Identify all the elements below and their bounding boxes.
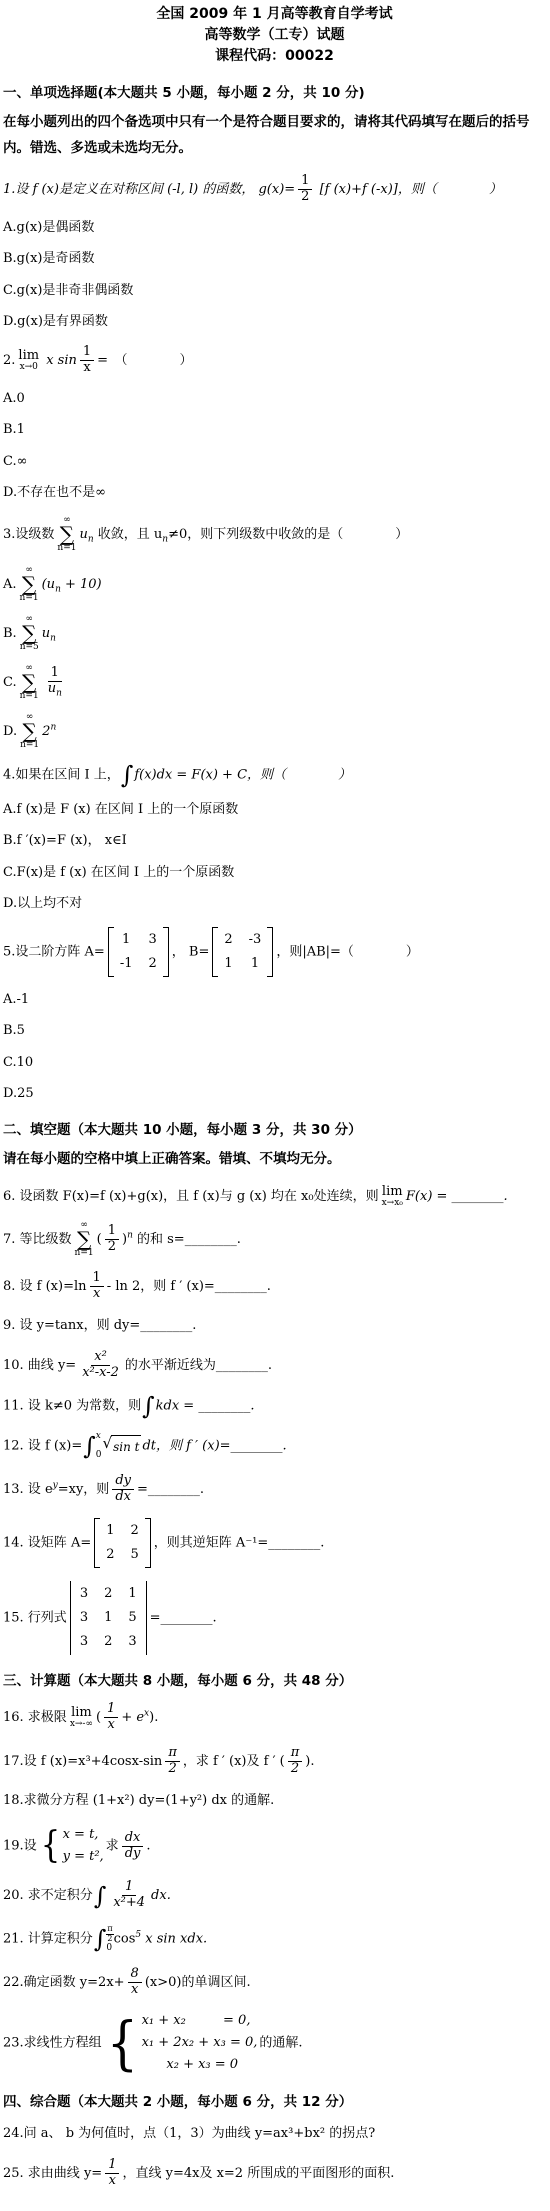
q4-text-pre: 4.如果在区间 I 上， xyxy=(3,767,120,782)
matrix-B: 2-311 xyxy=(212,927,273,977)
q3-option-d: D.∞∑n=12n xyxy=(3,713,546,750)
q3c-den-u: u xyxy=(48,681,56,696)
q3-text-mid: 收敛，且 u xyxy=(94,527,163,542)
fraction: 1x xyxy=(105,2158,119,2189)
option-label: B. xyxy=(3,626,17,641)
q10-text-post: 的水平渐近线为________. xyxy=(125,1358,272,1373)
fraction-denominator: x xyxy=(105,1718,118,1733)
sigma-icon: ∑ xyxy=(22,722,36,741)
q7-text-1: ( xyxy=(97,1232,102,1247)
q6-text-2: F(x) = ________. xyxy=(406,1189,508,1204)
sum-lower-limit: n=1 xyxy=(75,1249,94,1258)
section-1-heading: 一、单项选择题(本大题共 5 小题，每小题 2 分，共 10 分) xyxy=(3,81,546,101)
q23-text-post: 的通解. xyxy=(259,2036,302,2051)
section-1-instructions: 在每小题列出的四个备选项中只有一个是符合题目要求的，请将其代码填写在题后的括号内… xyxy=(3,109,546,161)
exam-paper: 全国 2009 年 1 月高等教育自学考试 高等数学（工专）试题 课程代码：00… xyxy=(0,0,550,2211)
matrix-cell: 1 xyxy=(249,953,262,975)
integral-icon: ∫ xyxy=(142,1394,155,1418)
q5-option-c: C.10 xyxy=(3,1053,546,1073)
fraction-denominator: x²-x-2 xyxy=(79,1366,122,1381)
limit-operator: limx→0 xyxy=(18,349,39,372)
sum-lower-limit: n=1 xyxy=(20,692,39,701)
fraction-numerator: 1 xyxy=(122,1880,136,1896)
q23-text-pre: 23.求线性方程组 xyxy=(3,2036,102,2051)
matrix-cell: 1 xyxy=(224,953,232,975)
q4-option-b: B.f ′(x)=F (x)， x∈I xyxy=(3,831,546,851)
summation: ∞∑n=1 xyxy=(57,516,76,553)
fraction-numerator: 1 xyxy=(90,1271,104,1287)
option-label: A. xyxy=(3,577,17,592)
q5-option-d: D.25 xyxy=(3,1084,546,1104)
fraction-numerator: 1 xyxy=(48,666,62,682)
question-18: 18.求微分方程 (1+x²) dy=(1+y²) dx 的通解. xyxy=(3,1790,546,1812)
integral-limits: π20 xyxy=(106,1924,113,1954)
q21-text-1: cos xyxy=(114,1932,136,1947)
sigma-icon: ∑ xyxy=(60,525,74,544)
fraction-denominator: x xyxy=(106,2174,119,2189)
limit-symbol: lim xyxy=(71,1706,92,1719)
limit-subscript: x→-∞ xyxy=(70,1720,93,1729)
q1-option-a: A.g(x)是偶函数 xyxy=(3,218,546,238)
q14-text-pre: 14. 设矩阵 A= xyxy=(3,1535,91,1550)
q16-text-3: ). xyxy=(149,1710,158,1725)
q8-text-pre: 8. 设 f (x)=ln xyxy=(3,1279,87,1294)
fraction-numerator: 1 xyxy=(105,2158,119,2174)
fraction: dydx xyxy=(112,1474,134,1505)
summation: ∞∑n=1 xyxy=(20,566,39,603)
matrix-cells: 13-12 xyxy=(114,927,163,977)
question-16: 16. 求极限limx→-∞(1x+ ex). xyxy=(3,1702,546,1733)
question-11: 11. 设 k≠0 为常数，则∫kdx = ________. xyxy=(3,1394,546,1418)
det-cell: 2 xyxy=(104,1631,112,1653)
q5-text-pre: 5.设二阶方阵 A= xyxy=(3,944,105,959)
q5-option-a: A.-1 xyxy=(3,990,546,1010)
q3-text-post: ≠0，则下列级数中收敛的是（ ） xyxy=(168,527,408,542)
radicand: sin t xyxy=(111,1435,141,1457)
integral-icon: ∫ xyxy=(83,1434,96,1458)
question-24: 24.问 a、 b 为何值时，点（1，3）为曲线 y=ax³+bx² 的拐点? xyxy=(3,2123,546,2145)
system-row: y = t², xyxy=(63,1847,104,1867)
matrix-right-bracket xyxy=(267,927,273,977)
q2-text-2: = （ ） xyxy=(97,353,192,368)
matrix-cell: 1 xyxy=(106,1520,114,1542)
q19-text-pre: 19.设 xyxy=(3,1839,37,1854)
limit-subscript: x→x₀ xyxy=(382,1199,403,1208)
question-22: 22.确定函数 y=2x+8x(x>0)的单调区间. xyxy=(3,1967,546,1998)
integral-icon: ∫ xyxy=(121,763,134,787)
q7-text-pre: 7. 等比级数 xyxy=(3,1232,72,1247)
q11-text-post: kdx = ________. xyxy=(156,1398,255,1413)
matrix-cell: 2 xyxy=(224,929,232,951)
q2-option-c: C.∞ xyxy=(3,452,546,472)
q17-text-post: ). xyxy=(305,1754,314,1769)
q15-text-post: =________. xyxy=(150,1611,217,1626)
system-row: x₂ + x₃ = 0 xyxy=(142,2055,258,2075)
fraction-numerator: 1 xyxy=(298,174,312,190)
matrix-A: 1225 xyxy=(94,1518,151,1568)
summation: ∞∑n=5 xyxy=(20,615,39,652)
question-6: 6. 设函数 F(x)=f (x)+g(x)，且 f (x)与 g (x) 均在… xyxy=(3,1185,546,1208)
matrix-cell: 2 xyxy=(149,953,157,975)
q13-text-mid: =xy，则 xyxy=(58,1482,110,1497)
q12-text-pre: 12. 设 f (x)= xyxy=(3,1438,82,1453)
section-2-heading: 二、填空题（本大题共 10 小题，每小题 3 分，共 30 分） xyxy=(3,1118,546,1138)
option-label: C. xyxy=(3,675,17,690)
matrix-cell: -1 xyxy=(120,953,133,975)
question-10: 10. 曲线 y=x²x²-x-2的水平渐近线为________. xyxy=(3,1350,546,1381)
fraction-numerator: 1 xyxy=(80,345,94,361)
q13-text-post: =________. xyxy=(137,1482,204,1497)
q2-option-a: A.0 xyxy=(3,389,546,409)
q17-text-pre: 17.设 f (x)=x³+4cosx-sin xyxy=(3,1754,162,1769)
question-13: 13. 设 ey=xy，则dydx=________. xyxy=(3,1474,546,1505)
fraction-denominator: dx xyxy=(112,1490,134,1505)
fraction: π2 xyxy=(165,1746,180,1777)
section-2-instructions: 请在每小题的空格中填上正确答案。错填、不填均无分。 xyxy=(3,1146,546,1172)
det-cell: 5 xyxy=(128,1607,136,1629)
fraction: 8x xyxy=(128,1967,142,1998)
q7-text-3: 的和 s=________. xyxy=(133,1232,241,1247)
integral-limits: x0 xyxy=(96,1431,102,1461)
question-5: 5.设二阶方阵 A=13-12， B=2-311，则|AB|=（ ） xyxy=(3,927,546,977)
fraction: x²x²-x-2 xyxy=(79,1350,122,1381)
question-17: 17.设 f (x)=x³+4cosx-sinπ2，求 f ′ (x)及 f ′… xyxy=(3,1746,546,1777)
square-root: √sin t xyxy=(103,1435,142,1457)
summation: ∞∑n=1 xyxy=(20,664,39,701)
limit-operator: limx→-∞ xyxy=(70,1706,93,1729)
matrix-cells: 1225 xyxy=(100,1518,145,1568)
question-4: 4.如果在区间 I 上，∫f(x)dx = F(x) + C，则（ ） xyxy=(3,763,546,787)
system-row: x₁ + x₂ = 0, xyxy=(142,2011,258,2031)
det-cell: 3 xyxy=(80,1583,88,1605)
q1-text-post: [f (x)+f (-x)]，则（ ） xyxy=(315,182,501,197)
q3a-expr: (u xyxy=(42,577,55,592)
q17-text-mid: ，求 f ′ (x)及 f ′ ( xyxy=(183,1754,285,1769)
limit-operator: limx→x₀ xyxy=(382,1185,403,1208)
q20-text-post: dx. xyxy=(151,1888,171,1903)
q22-text-pre: 22.确定函数 y=2x+ xyxy=(3,1975,125,1990)
fraction-denominator: un xyxy=(45,682,65,699)
fraction-denominator: 2 xyxy=(288,1762,302,1777)
q3-var-u: u xyxy=(79,527,87,542)
system-rows: x₁ + x₂ = 0,x₁ + 2x₂ + x₃ = 0, x₂ + x₃ =… xyxy=(142,2011,258,2075)
matrix-cell: 1 xyxy=(120,929,133,951)
q16-text-pre: 16. 求极限 xyxy=(3,1710,67,1725)
summation: ∞∑n=1 xyxy=(20,713,39,750)
question-20: 20. 求不定积分∫1x²+4dx. xyxy=(3,1880,546,1911)
q10-text-pre: 10. 曲线 y= xyxy=(3,1358,76,1373)
fraction: 1x xyxy=(104,1702,118,1733)
page-title: 全国 2009 年 1 月高等教育自学考试 xyxy=(3,4,546,25)
integral-icon: ∫ xyxy=(94,1884,107,1908)
q6-text-1: 6. 设函数 F(x)=f (x)+g(x)，且 f (x)与 g (x) 均在… xyxy=(3,1189,379,1204)
definite-integral: ∫x0 xyxy=(82,1431,101,1461)
fraction: 1x xyxy=(90,1271,104,1302)
det-cell: 3 xyxy=(80,1631,88,1653)
limit-subscript: x→0 xyxy=(20,363,38,372)
q3-option-c: C.∞∑n=11un xyxy=(3,664,546,701)
fraction-denominator: dy xyxy=(122,1847,144,1862)
q3b-expr: u xyxy=(42,626,50,641)
summation: ∞∑n=1 xyxy=(75,1221,94,1258)
sum-lower-limit: n=5 xyxy=(20,643,39,652)
q4-option-a: A.f (x)是 F (x) 在区间 I 上的一个原函数 xyxy=(3,800,546,820)
fraction-denominator: 2 xyxy=(105,1240,119,1255)
q13-text-pre: 13. 设 e xyxy=(3,1482,53,1497)
section-4-heading: 四、综合题（本大题共 2 小题，每小题 6 分，共 12 分） xyxy=(3,2090,546,2110)
matrix-cell: 3 xyxy=(149,929,157,951)
q3a-expr-2: + 10) xyxy=(61,577,102,592)
matrix-cell: 2 xyxy=(131,1520,139,1542)
fraction-numerator: 8 xyxy=(128,1967,142,1983)
matrix-cell: -3 xyxy=(249,929,262,951)
q1-text-pre: 1.设 f (x)是定义在对称区间 (-l, l) 的函数， g(x)= xyxy=(3,182,295,197)
q4-option-c: C.F(x)是 f (x) 在区间 I 上的一个原函数 xyxy=(3,863,546,883)
fraction: 12 xyxy=(105,1224,119,1255)
q2-number: 2. xyxy=(3,353,15,368)
question-19: 19.设{x = t,y = t²,求dxdy. xyxy=(3,1825,546,1867)
brace-icon: { xyxy=(106,2019,137,2068)
q14-text-post: ，则其逆矩阵 A⁻¹=________. xyxy=(154,1535,325,1550)
q21-text-2: x sin xdx. xyxy=(141,1932,207,1947)
q4-option-d: D.以上均不对 xyxy=(3,894,546,914)
equation-system: {x = t,y = t², xyxy=(39,1825,104,1867)
fraction-numerator: dx xyxy=(122,1831,144,1847)
fraction-denominator: x xyxy=(128,1983,141,1998)
q25-text-post: ，直线 y=4x及 x=2 所围成的平面图形的面积. xyxy=(122,2166,394,2181)
q20-text-pre: 20. 求不定积分 xyxy=(3,1888,93,1903)
sum-lower-limit: n=1 xyxy=(20,741,39,750)
question-1: 1.设 f (x)是定义在对称区间 (-l, l) 的函数， g(x)=12 [… xyxy=(3,174,546,205)
sigma-icon: ∑ xyxy=(22,624,36,643)
q3-text-pre: 3.设级数 xyxy=(3,527,54,542)
q3b-sub-n: n xyxy=(50,633,56,643)
det-cell: 1 xyxy=(104,1607,112,1629)
question-7: 7. 等比级数∞∑n=1(12)n 的和 s=________. xyxy=(3,1221,546,1258)
question-3: 3.设级数∞∑n=1un 收敛，且 un≠0，则下列级数中收敛的是（ ） xyxy=(3,516,546,553)
system-row: x₁ + 2x₂ + x₃ = 0, xyxy=(142,2033,258,2053)
fraction-numerator: 1 xyxy=(105,1224,119,1240)
q19-text-post: . xyxy=(146,1839,150,1854)
question-14: 14. 设矩阵 A=1225，则其逆矩阵 A⁻¹=________. xyxy=(3,1518,546,1568)
q16-text-2: + e xyxy=(121,1710,144,1725)
q1-option-d: D.g(x)是有界函数 xyxy=(3,312,546,332)
fraction-denominator: 2 xyxy=(165,1762,179,1777)
question-12: 12. 设 f (x)=∫x0√sin tdt，则 f ′ (x)=______… xyxy=(3,1431,546,1461)
q2-text-1: x sin xyxy=(42,353,77,368)
question-8: 8. 设 f (x)=ln1x- ln 2，则 f ′ (x)=________… xyxy=(3,1271,546,1302)
matrix-right-bracket xyxy=(145,1518,151,1568)
limit-symbol: lim xyxy=(18,349,39,362)
q3c-den-sub-n: n xyxy=(56,688,62,698)
sigma-icon: ∑ xyxy=(22,673,36,692)
option-label: D. xyxy=(3,724,17,739)
q3d-sup-n: n xyxy=(50,722,56,732)
det-cell: 1 xyxy=(128,1583,136,1605)
q4-text-post: f(x)dx = F(x) + C，则（ ） xyxy=(134,767,351,782)
fraction-numerator: x² xyxy=(91,1350,110,1366)
page-subtitle: 高等数学（工专）试题 xyxy=(3,25,546,46)
question-23: 23.求线性方程组{x₁ + x₂ = 0,x₁ + 2x₂ + x₃ = 0,… xyxy=(3,2011,546,2075)
q1-option-b: B.g(x)是奇函数 xyxy=(3,249,546,269)
fraction: 1un xyxy=(45,666,65,699)
question-2: 2.limx→0 x sin1x= （ ） xyxy=(3,345,546,376)
det-cell: 3 xyxy=(80,1607,88,1629)
matrix-cell: 5 xyxy=(131,1544,139,1566)
q8-text-post: - ln 2，则 f ′ (x)=________. xyxy=(107,1279,271,1294)
fraction-numerator: π xyxy=(288,1746,303,1762)
fraction-numerator: π xyxy=(165,1746,180,1762)
fraction-denominator: x²+4 xyxy=(110,1896,148,1911)
matrix-A: 13-12 xyxy=(108,927,169,977)
q11-text-pre: 11. 设 k≠0 为常数，则 xyxy=(3,1398,141,1413)
sum-lower-limit: n=1 xyxy=(57,544,76,553)
system-rows: x = t,y = t², xyxy=(63,1825,104,1867)
fraction: 1x xyxy=(80,345,94,376)
q21-text-pre: 21. 计算定积分 xyxy=(3,1932,93,1947)
question-21: 21. 计算定积分∫π20cos5 x sin xdx. xyxy=(3,1924,546,1954)
course-code: 课程代码：00022 xyxy=(3,46,546,67)
fraction: 1x²+4 xyxy=(110,1880,148,1911)
sigma-icon: ∑ xyxy=(22,575,36,594)
q3-option-b: B.∞∑n=5un xyxy=(3,615,546,652)
section-3-heading: 三、计算题（本大题共 8 小题，每小题 6 分，共 48 分） xyxy=(3,1669,546,1689)
fraction-denominator: x xyxy=(90,1287,103,1302)
det-cell: 2 xyxy=(104,1583,112,1605)
determinant: 321315323 xyxy=(70,1581,147,1655)
equation-system: {x₁ + x₂ = 0,x₁ + 2x₂ + x₃ = 0, x₂ + x₃ … xyxy=(104,2011,258,2075)
integral-upper-limit: x xyxy=(96,1432,102,1441)
fraction-numerator: 1 xyxy=(104,1702,118,1718)
q5-text-post: ，则|AB|=（ ） xyxy=(276,944,419,959)
determinant-cells: 321315323 xyxy=(70,1581,147,1655)
fraction-denominator: 2 xyxy=(298,190,312,205)
fraction: π2 xyxy=(288,1746,303,1777)
sum-lower-limit: n=1 xyxy=(20,594,39,603)
upper-limit-fraction: π2 xyxy=(106,1925,113,1944)
question-15: 15. 行列式321315323=________. xyxy=(3,1581,546,1655)
integral-lower-limit: 0 xyxy=(106,1944,113,1953)
matrix-cells: 2-311 xyxy=(218,927,267,977)
q15-text-pre: 15. 行列式 xyxy=(3,1611,67,1626)
fraction: dxdy xyxy=(122,1831,144,1862)
fraction-numerator: dy xyxy=(112,1474,134,1490)
system-row: x = t, xyxy=(63,1825,104,1845)
definite-integral: ∫π20 xyxy=(93,1924,114,1954)
q19-text-mid: 求 xyxy=(106,1839,119,1854)
matrix-cell: 2 xyxy=(106,1544,114,1566)
limit-symbol: lim xyxy=(382,1185,403,1198)
q5-option-b: B.5 xyxy=(3,1021,546,1041)
integral-lower-limit: 0 xyxy=(96,1451,102,1460)
fraction-denominator: x xyxy=(80,361,93,376)
q25-text-pre: 25. 求由曲线 y= xyxy=(3,2166,102,2181)
det-cell: 3 xyxy=(128,1631,136,1653)
q3-option-a: A.∞∑n=1(un + 10) xyxy=(3,566,546,603)
matrix-right-bracket xyxy=(163,927,169,977)
fraction: 12 xyxy=(298,174,312,205)
q1-option-c: C.g(x)是非奇非偶函数 xyxy=(3,281,546,301)
question-25: 25. 求由曲线 y=1x，直线 y=4x及 x=2 所围成的平面图形的面积. xyxy=(3,2158,546,2189)
q5-text-mid: ， B= xyxy=(172,944,210,959)
question-9: 9. 设 y=tanx，则 dy=________. xyxy=(3,1315,546,1337)
q16-text-1: ( xyxy=(96,1710,101,1725)
q12-text-post: dt，则 f ′ (x)=________. xyxy=(142,1438,286,1453)
q2-option-d: D.不存在也不是∞ xyxy=(3,483,546,503)
brace-icon: { xyxy=(40,1831,59,1862)
q22-text-post: (x>0)的单调区间. xyxy=(145,1975,251,1990)
integral-icon: ∫ xyxy=(94,1927,107,1951)
sigma-icon: ∑ xyxy=(77,1230,91,1249)
q2-option-b: B.1 xyxy=(3,420,546,440)
